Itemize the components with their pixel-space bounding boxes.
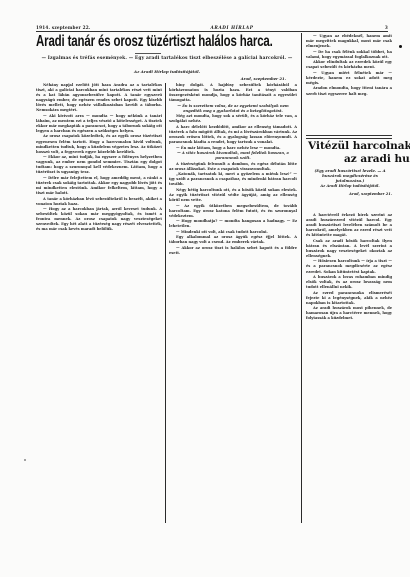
section-divider [306,135,392,136]
paragraph: Egy alkalommal az orosz ágyúk egész éjje… [169,235,297,245]
paragraph: Az aradi huszárok most pihennek, de hama… [306,306,392,321]
paragraph: A harc délelőtt kezdődött, amikor az ell… [169,125,297,145]
paragraph: — Aki kivívott arra — mondta — hogy nékü… [36,114,162,134]
article2-body: A harctérről érkező hírek szerint az ara… [306,213,392,511]
column-divider [301,33,302,523]
headline-divider [135,53,161,54]
paragraph: — Én már láttam, hogy a harc nehéz lesz … [169,146,297,151]
article2-headline-line1: Vitézül harcolnak [308,140,410,152]
paragraph: hiny dolgát. A hajdúsy sebesültek kórház… [169,83,297,103]
paragraph: — Délre már felejtettem el, hogy ameddig… [36,176,162,196]
paragraph: — Az egyik ütközetben megsebesültem, de … [169,204,297,219]
paragraph: Az ezred parancsnoka elismerését fejezte… [306,291,392,306]
masthead-rule [36,31,388,32]
issue-date: 1914. szeptember 22. [36,25,96,30]
paragraph: A huszárok a lovas rohamban mindig elsők… [306,275,392,290]
article2-byline: Az Aradi Hírlap tudósítójától. [308,184,392,188]
paragraph: A tüzérségünk felvonult a dombon, és egé… [169,162,297,172]
scan-artifact [24,459,26,461]
article-byline: Az Aradi Hírlap tudósítójától. [36,69,298,74]
article-dateline: Arad, szeptember 21. [186,76,286,81]
newspaper-page: 1914. szeptember 22. ARADI HÍRLAP 3 Arad… [36,22,388,542]
paragraph: — Hogy mondhatja? — mondta hangosan a ha… [169,219,297,229]
article-column-3-continued: — Ugyan az ebédeknél, hanem amit már meg… [306,34,392,134]
paragraph: Csak az aradi hősök harcoltak ilyen bátr… [306,239,392,259]
article2-headline-line2: az aradi huszárok. [344,153,410,165]
article2-dateline: Arad, szeptember 21. [336,192,392,196]
paragraph: Aradon elmondta, hogy itteni tanára a sz… [306,86,392,96]
paragraph: A harctérről érkező hírek szerint az ara… [306,213,392,238]
article-subhead: — Izgalmas és tréfás események. — Egy ar… [36,56,298,62]
paragraph: Néhány napjal ezelőtt jött haza Aradra a… [36,83,162,113]
paragraph: A tanár a kórházban lévő sebesültekről i… [36,197,162,207]
masthead: 1914. szeptember 22. ARADI HÍRLAP 3 [36,22,388,30]
paragraph: — Ugyan az ebédeknél, hanem amit már meg… [306,34,392,49]
page-number: 3 [368,25,388,30]
paragraph: — Hősiesen harcoltunk — írja a tiszt — é… [306,259,392,274]
paragraph: — Hogy az a harcokban jártak, arról keve… [36,207,162,232]
quote-inset: — A vitéz huszárok kivonultak, most fele… [169,151,297,161]
paragraph: „Katonák, tartsatok ki, mert a győzelem … [169,172,297,187]
column-divider [165,83,166,523]
paragraph: Az orosz csapatok közeledtek, és az egyi… [36,134,162,154]
article-column-2: hiny dolgát. A hajdúsy sebesültek kórház… [169,83,297,520]
article-headline: Aradi tanár és orosz tüzértiszt halálos … [36,33,206,51]
paragraph: — Ugyan miért félnétek már — kérdezte, h… [306,71,392,86]
paragraph: Akkor elindultak az ezredek közül egy cs… [306,60,392,70]
article2-subhead: (Egy aradi huszártiszt levele. — A huszá… [308,168,392,183]
paragraph: — Ekkor az, mint tudják, ha egyszer a fö… [36,155,162,175]
quote-inset: — Én is szerettem volna, de az egyetemi … [169,104,297,114]
article-column-1: Néhány napjal ezelőtt jött haza Aradra a… [36,83,162,551]
scan-artifact [399,45,402,48]
paragraph: Még azt mondta, hogy sok a sérült, és a … [169,114,297,124]
paragraph: — Akkor az orosz tiszt is halálos sebet … [169,246,297,256]
paper-title: ARADI HÍRLAP [211,25,254,30]
section-divider [306,138,392,139]
paragraph: — De ha csak félénk sokkal többet, ha va… [306,50,392,60]
paragraph: Négy hétig harcoltunk ott, és a hősök kö… [169,188,297,203]
